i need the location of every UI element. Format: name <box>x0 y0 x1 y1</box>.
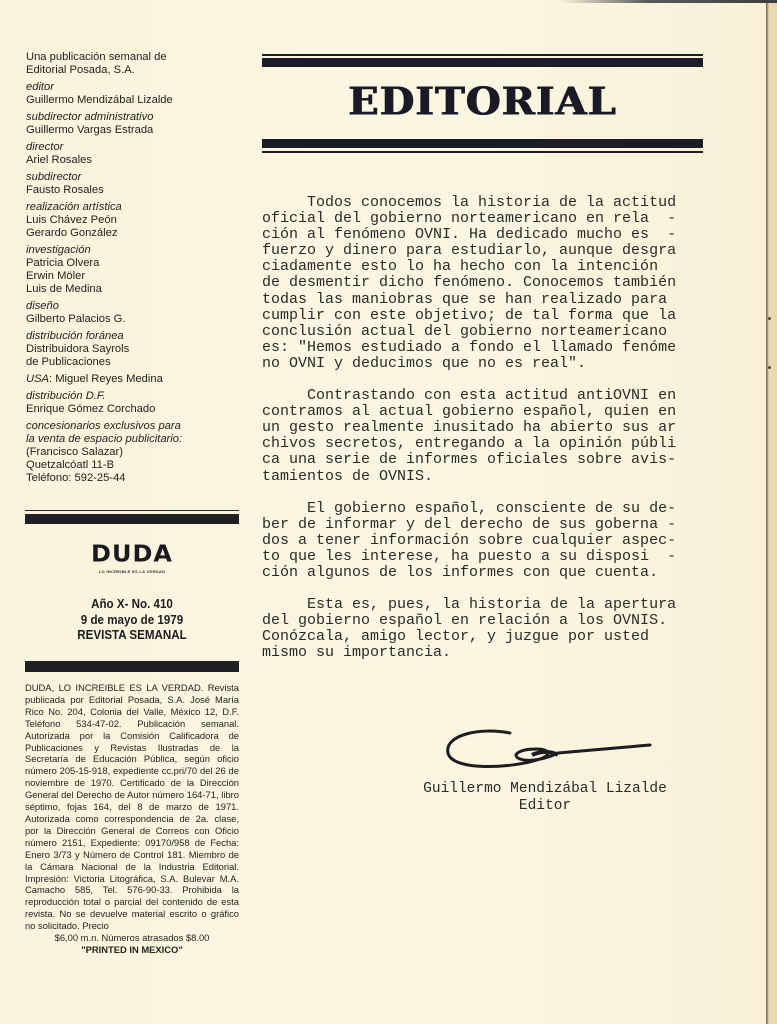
legal-notice: DUDA, LO INCREIBLE ES LA VERDAD. Revista… <box>25 682 239 956</box>
price-info: $6,00 m.n. Números atrasados $8.00 <box>25 932 239 944</box>
credit-name: Erwin Möler <box>26 270 246 283</box>
editorial-paragraph: Todos conocemos la historia de la actitu… <box>262 195 712 372</box>
credit-role: investigación <box>26 244 246 257</box>
credit-entry: diseñoGilberto Palacios G. <box>26 300 246 326</box>
signer-title: Editor <box>380 798 710 815</box>
text-line: mismo su importancia. <box>262 645 712 661</box>
credit-name: Quetzalcóatl 11-B <box>26 459 246 472</box>
printed-in-mexico: "PRINTED IN MEXICO" <box>25 944 239 956</box>
issue-number: Año X- No. 410 <box>34 597 231 613</box>
credit-name: Guillermo Mendizábal Lizalde <box>26 94 246 107</box>
issue-info: Año X- No. 410 9 de mayo de 1979 REVISTA… <box>34 597 231 644</box>
text-line: contramos al actual gobierno español, qu… <box>262 404 712 420</box>
credit-role: editor <box>26 81 246 94</box>
text-line: todas las maniobras que se han realizado… <box>262 292 712 308</box>
credit-role: USA: Miguel Reyes Medina <box>26 373 246 386</box>
credit-entry: realización artísticaLuis Chávez PeónGer… <box>26 201 246 241</box>
page-edge-mark <box>768 317 771 320</box>
credit-name: Gerardo González <box>26 227 246 240</box>
page-edge <box>766 0 777 1024</box>
divider-heavy <box>25 514 239 524</box>
editorial-paragraph: El gobierno español, consciente de su de… <box>262 501 712 581</box>
text-line: dos a tener información sobre cualquier … <box>262 533 712 549</box>
credit-name: Teléfono: 592-25-44 <box>26 472 246 485</box>
title-rule-heavy <box>262 139 703 148</box>
credit-name: Guillermo Vargas Estrada <box>26 124 246 137</box>
text-line: Contrastando con esta actitud antiOVNI e… <box>262 388 712 404</box>
signer-name: Guillermo Mendizábal Lizalde <box>380 781 710 798</box>
credit-name: Patricia Olvera <box>26 257 246 270</box>
credit-role: la venta de espacio publicitario: <box>26 433 246 446</box>
page-edge-mark <box>768 366 771 369</box>
credit-entry: editorGuillermo Mendizábal Lizalde <box>26 81 246 107</box>
credit-role: concesionarios exclusivos para <box>26 420 246 433</box>
credit-name: (Francisco Salazar) <box>26 446 246 459</box>
text-line: to que les interese, ha puesto a su disp… <box>262 549 712 565</box>
text-line: ciadamente esto lo ha hecho con la inten… <box>262 259 712 275</box>
credit-entry: subdirectorFausto Rosales <box>26 171 246 197</box>
text-line: ción algunos de los informes con que cue… <box>262 565 712 581</box>
text-line: Conózcala, amigo lector, y juzgue por us… <box>262 629 712 645</box>
text-line: es: "Hemos estudiado a fondo el llamado … <box>262 340 712 356</box>
credit-role: subdirector <box>26 171 246 184</box>
intro-line: Editorial Posada, S.A. <box>26 64 246 77</box>
duda-logo: DUDA <box>91 541 173 568</box>
duda-logo-block: DUDA LO INCREIBLE ES LA VERDAD <box>25 540 239 574</box>
credit-name: Fausto Rosales <box>26 184 246 197</box>
credit-role: director <box>26 141 246 154</box>
text-line: ción al fenómeno OVNI. Ha dedicado mucho… <box>262 227 712 243</box>
text-line: de desmentir dicho fenómeno. Conocemos t… <box>262 275 712 291</box>
text-line: Esta es, pues, la historia de la apertur… <box>262 597 712 613</box>
credit-name: Luis de Medina <box>26 283 246 296</box>
divider-thin <box>25 510 239 511</box>
text-line: cumplir con este objetivo; de tal forma … <box>262 308 712 324</box>
text-line: chivos secretos, entregando a la opinión… <box>262 436 712 452</box>
scan-edge-line <box>560 0 777 3</box>
divider-heavy <box>25 661 239 672</box>
credit-entry: distribución D.F.Enrique Gómez Corchado <box>26 390 246 416</box>
text-line: ca una serie de informes oficiales sobre… <box>262 452 712 468</box>
text-line: conclusión actual del gobierno norteamer… <box>262 324 712 340</box>
credit-role: subdirector administrativo <box>26 111 246 124</box>
text-line: ber de informar y del derecho de sus gob… <box>262 517 712 533</box>
credit-name: Distribuidora Sayrols <box>26 343 246 356</box>
text-line: Todos conocemos la historia de la actitu… <box>262 195 712 211</box>
issue-type: REVISTA SEMANAL <box>34 628 231 644</box>
credit-entry: USA: Miguel Reyes Medina <box>26 373 246 386</box>
text-line: fuerzo y dinero para estudiarlo, aunque … <box>262 243 712 259</box>
credit-name: Luis Chávez Peón <box>26 214 246 227</box>
credit-role: diseño <box>26 300 246 313</box>
credit-role: distribución D.F. <box>26 390 246 403</box>
masthead-credits: Una publicación semanal de Editorial Pos… <box>26 51 246 489</box>
text-line: El gobierno español, consciente de su de… <box>262 501 712 517</box>
text-line: del gobierno español en relación a los O… <box>262 613 712 629</box>
editorial-paragraph: Esta es, pues, la historia de la apertur… <box>262 597 712 661</box>
credit-name: Enrique Gómez Corchado <box>26 403 246 416</box>
credit-entry: concesionarios exclusivos parala venta d… <box>26 420 246 486</box>
signature-block: Guillermo Mendizábal Lizalde Editor <box>380 781 710 815</box>
credit-role: distribución foránea <box>26 330 246 343</box>
credit-name: Gilberto Palacios G. <box>26 313 246 326</box>
title-rule-thin <box>262 151 703 153</box>
text-line: oficial del gobierno norteamericano en r… <box>262 211 712 227</box>
publisher-intro: Una publicación semanal de Editorial Pos… <box>26 51 246 77</box>
text-line: tamientos de OVNIS. <box>262 469 712 485</box>
credit-role: realización artística <box>26 201 246 214</box>
text-line: un gesto realmente inusitado ha abierto … <box>262 420 712 436</box>
intro-line: Una publicación semanal de <box>26 51 246 64</box>
title-rule-thin <box>262 54 703 56</box>
text-line: no OVNI y deducimos que no es real". <box>262 356 712 372</box>
editorial-body: Todos conocemos la historia de la actitu… <box>262 195 712 677</box>
credit-entry: distribución foráneaDistribuidora Sayrol… <box>26 330 246 370</box>
logo-tagline: LO INCREIBLE ES LA VERDAD <box>25 569 239 574</box>
credit-name: Ariel Rosales <box>26 154 246 167</box>
handwritten-signature-icon <box>440 725 660 775</box>
title-rule-heavy <box>262 58 703 67</box>
editorial-paragraph: Contrastando con esta actitud antiOVNI e… <box>262 388 712 485</box>
credit-list: editorGuillermo Mendizábal Lizaldesubdir… <box>26 81 246 486</box>
credit-entry: directorAriel Rosales <box>26 141 246 167</box>
credit-entry: subdirector administrativoGuillermo Varg… <box>26 111 246 137</box>
credit-name: de Publicaciones <box>26 356 246 369</box>
editorial-title: EDITORIAL <box>262 79 703 124</box>
legal-text: DUDA, LO INCREIBLE ES LA VERDAD. Revista… <box>25 682 239 931</box>
issue-date: 9 de mayo de 1979 <box>34 613 231 629</box>
credit-entry: investigaciónPatricia OlveraErwin MölerL… <box>26 244 246 297</box>
